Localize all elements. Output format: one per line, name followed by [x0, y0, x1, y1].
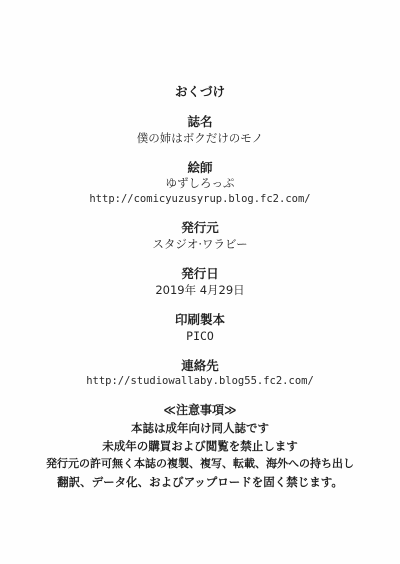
notice-line: 翻訳、データ化、およびアップロードを固く禁じます。 [0, 474, 400, 490]
title-heading: 誌名 [0, 114, 400, 130]
notice-title: ≪注意事項≫ [0, 402, 400, 418]
printing-value: PICO [0, 328, 400, 344]
colophon-page: おくづけ 誌名 僕の姉はボクだけのモノ 絵師 ゆずしろっぷ http://com… [0, 0, 400, 564]
contact-heading: 連絡先 [0, 358, 400, 374]
printing-heading: 印刷製本 [0, 312, 400, 328]
artist-heading: 絵師 [0, 160, 400, 176]
notice-line: 未成年の購買および閲覧を禁止します [0, 438, 400, 454]
title-value: 僕の姉はボクだけのモノ [0, 130, 400, 146]
page-title: おくづけ [0, 84, 400, 100]
artist-name: ゆずしろっぷ [0, 175, 400, 191]
notice-line: 発行元の許可無く本誌の複製、複写、転載、海外への持ち出し [0, 456, 400, 472]
release-date-value: 2019年 4月29日 [0, 282, 400, 298]
notice-line: 本誌は成年向け同人誌です [0, 420, 400, 436]
release-date-heading: 発行日 [0, 266, 400, 282]
artist-url: http://comicyuzusyrup.blog.fc2.com/ [0, 191, 400, 207]
contact-url: http://studiowallaby.blog55.fc2.com/ [0, 373, 400, 389]
publisher-heading: 発行元 [0, 220, 400, 236]
publisher-name: スタジオ·ワラビー [0, 236, 400, 252]
